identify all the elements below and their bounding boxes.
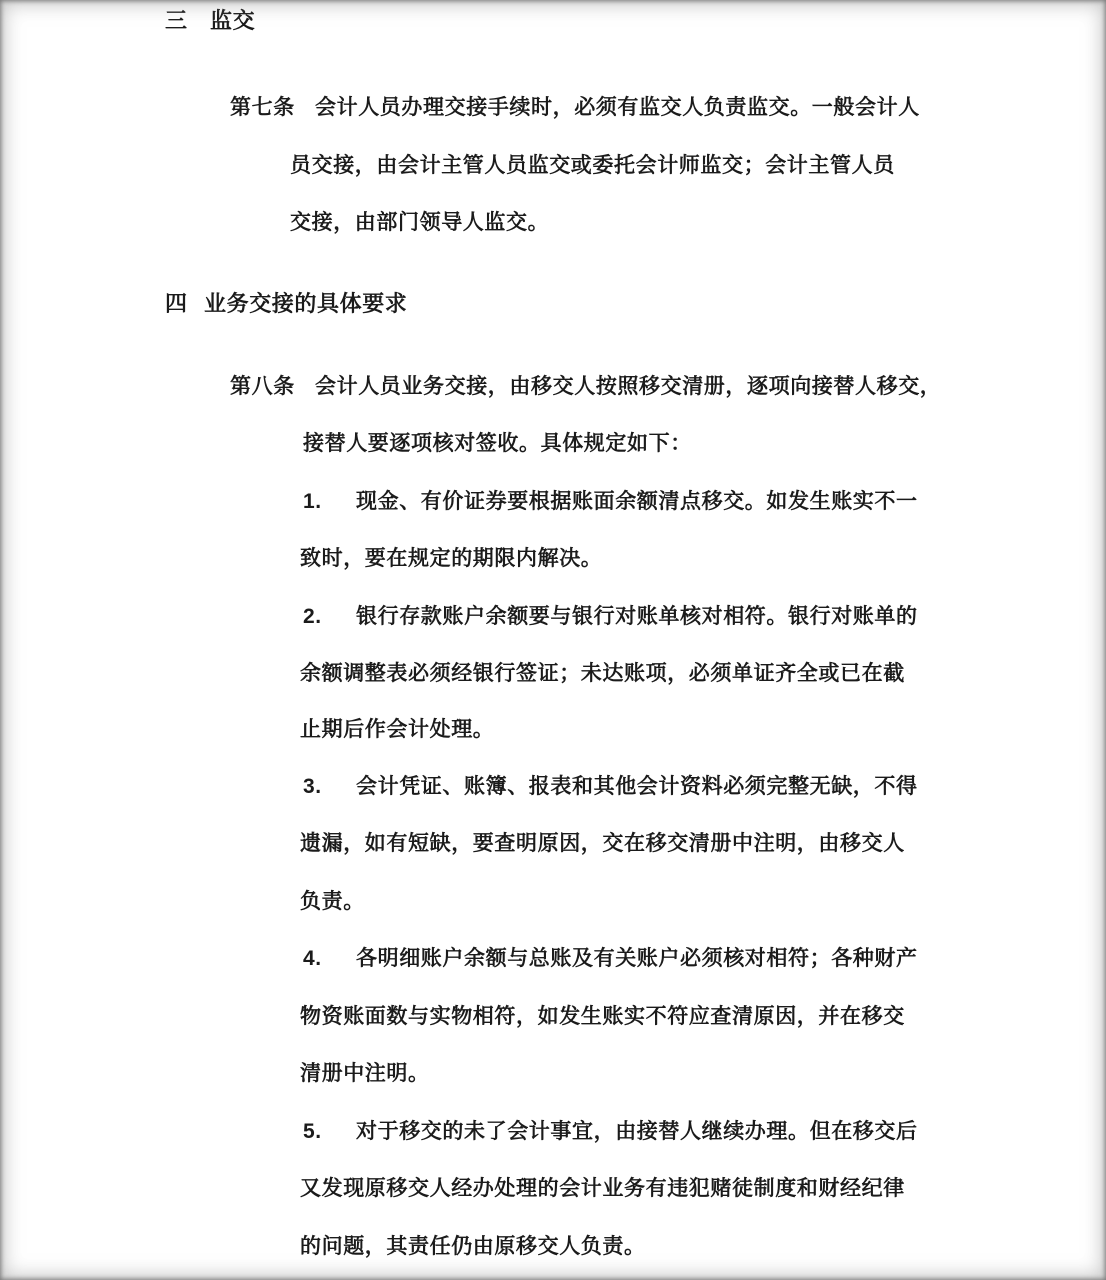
section-4-number: 四 [165, 291, 188, 317]
item-2-line-1: 银行存款账户余额要与银行对账单核对相符。银行对账单的 [356, 604, 918, 630]
item-4-line-3: 清册中注明。 [300, 1061, 430, 1087]
article-8-line-2: 接替人要逐项核对签收。具体规定如下： [303, 431, 692, 457]
item-3-line-3: 负责。 [300, 889, 365, 915]
item-5-line-1: 对于移交的未了会计事宜，由接替人继续办理。但在移交后 [356, 1119, 918, 1145]
article-8-label: 第八条 [230, 374, 295, 400]
item-4-line-1: 各明细账户余额与总账及有关账户必须核对相符；各种财产 [356, 946, 918, 972]
item-4-number: 4. [303, 946, 322, 972]
item-5-line-2: 又发现原移交人经办处理的会计业务有违犯赌徒制度和财经纪律 [300, 1176, 905, 1202]
item-3-number: 3. [303, 774, 322, 800]
item-3-line-1: 会计凭证、账簿、报表和其他会计资料必须完整无缺，不得 [356, 774, 918, 800]
item-1-line-1: 现金、有价证券要根据账面余额清点移交。如发生账实不一 [356, 489, 918, 515]
article-7-line-3: 交接，由部门领导人监交。 [290, 210, 549, 236]
section-3-number: 三 [165, 8, 188, 34]
section-3-title: 监交 [210, 8, 255, 34]
item-5-line-3: 的问题，其责任仍由原移交人负责。 [300, 1234, 646, 1260]
item-3-line-2: 遗漏，如有短缺，要查明原因，交在移交清册中注明，由移交人 [300, 831, 905, 857]
section-4-title: 业务交接的具体要求 [204, 291, 407, 317]
item-2-line-3: 止期后作会计处理。 [300, 717, 494, 743]
item-1-number: 1. [303, 489, 322, 515]
item-5-number: 5. [303, 1119, 322, 1145]
article-8-line-1: 会计人员业务交接，由移交人按照移交清册，逐项向接替人移交， [315, 374, 941, 400]
item-2-number: 2. [303, 604, 322, 630]
item-2-line-2: 余额调整表必须经银行签证；未达账项，必须单证齐全或已在截 [300, 661, 905, 687]
article-7-line-2: 员交接，由会计主管人员监交或委托会计师监交；会计主管人员 [290, 153, 895, 179]
item-1-line-2: 致时，要在规定的期限内解决。 [300, 546, 602, 572]
item-4-line-2: 物资账面数与实物相符，如发生账实不符应查清原因，并在移交 [300, 1004, 905, 1030]
document-page: 三 监交 第七条 会计人员办理交接手续时，必须有监交人负责监交。一般会计人 员交… [0, 0, 1106, 1280]
article-7-label: 第七条 [230, 95, 295, 121]
article-7-line-1: 会计人员办理交接手续时，必须有监交人负责监交。一般会计人 [315, 95, 920, 121]
